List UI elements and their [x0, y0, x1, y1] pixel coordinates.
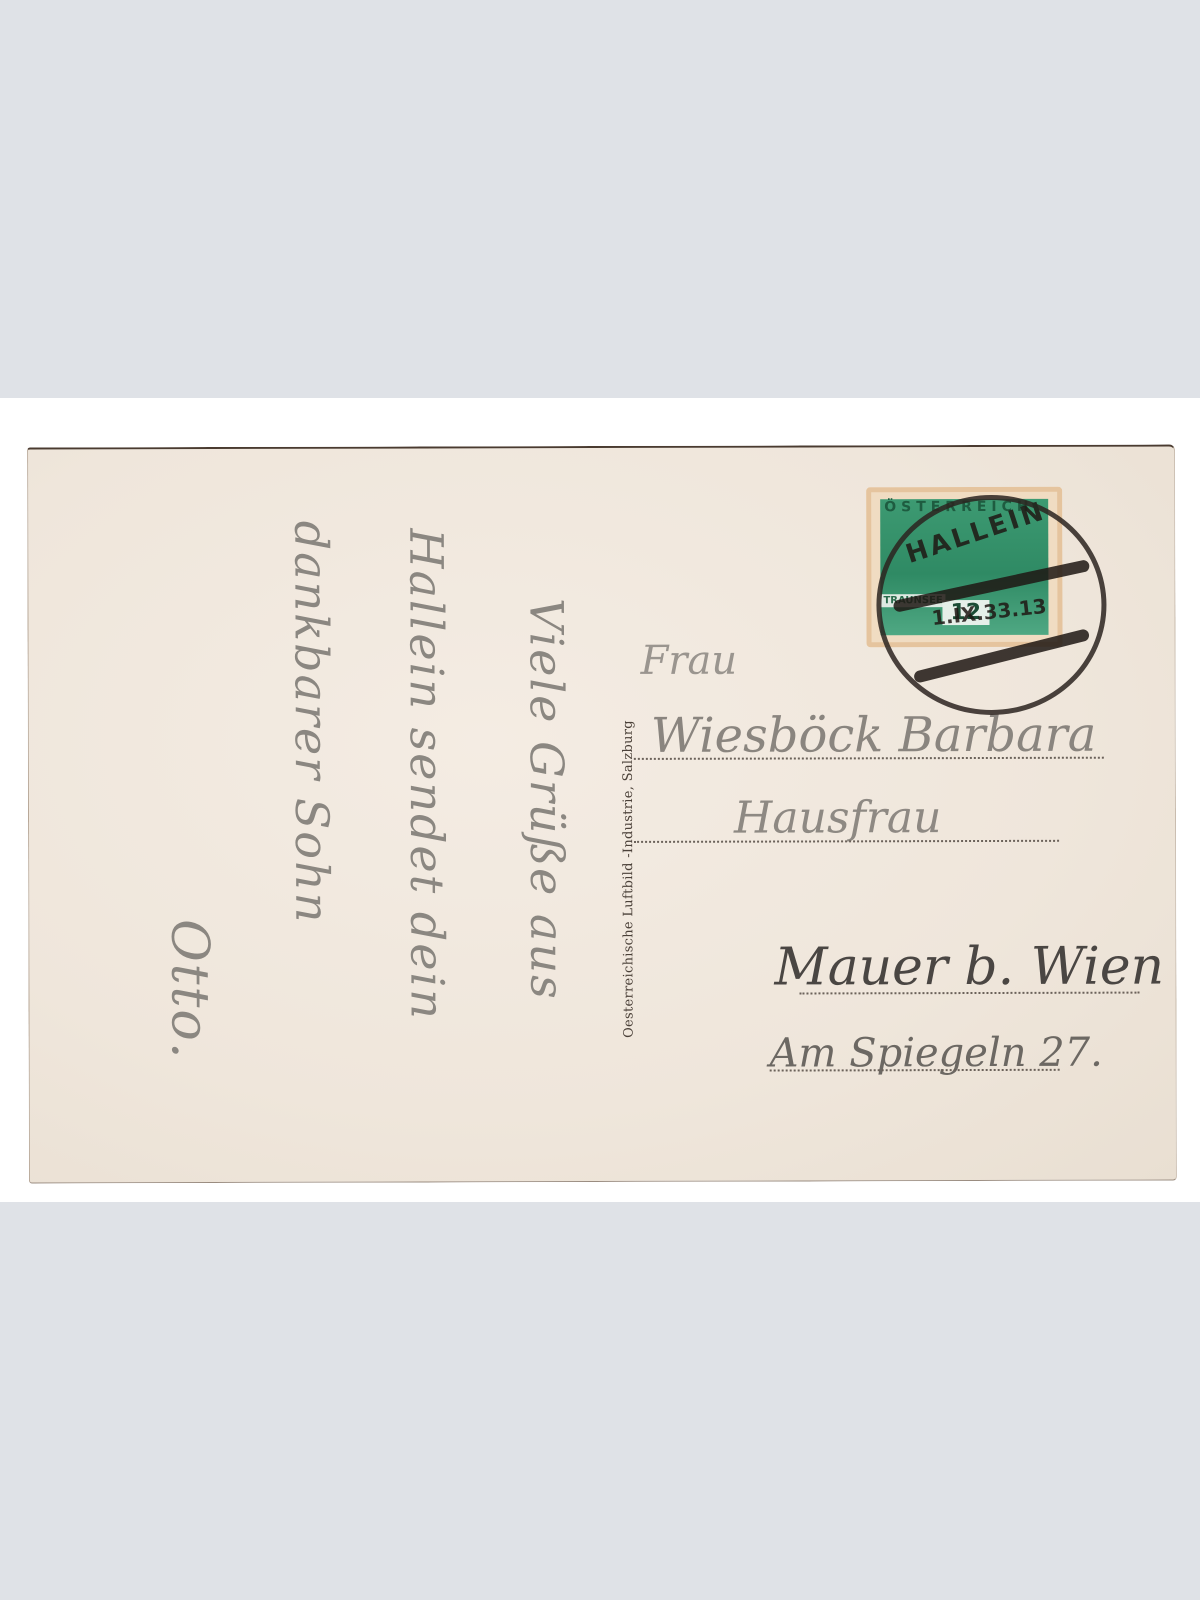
publisher-imprint: Oesterreichische Luftbild -Industrie, Sa… — [621, 720, 637, 1038]
photo-area: Viele Grüße aus Hallein sendet dein dank… — [0, 398, 1200, 1202]
message-line: dankbarer Sohn — [284, 521, 339, 925]
message-line: Hallein sendet dein — [399, 528, 454, 1021]
address-salutation: Frau — [641, 638, 738, 684]
address-occupation: Hausfrau — [734, 792, 942, 844]
message-line: Viele Grüße aus — [519, 598, 574, 1001]
signature: Otto. — [159, 919, 219, 1061]
postcard: Viele Grüße aus Hallein sendet dein dank… — [27, 444, 1177, 1183]
address-name: Wiesböck Barbara — [651, 707, 1097, 764]
postmark-bar — [913, 628, 1090, 684]
handwritten-message: Viele Grüße aus Hallein sendet dein dank… — [148, 518, 549, 1079]
postmark-cancellation: HALLEIN 1.IX.33.13 — [876, 495, 1107, 716]
address-city: Mauer b. Wien — [774, 937, 1164, 998]
